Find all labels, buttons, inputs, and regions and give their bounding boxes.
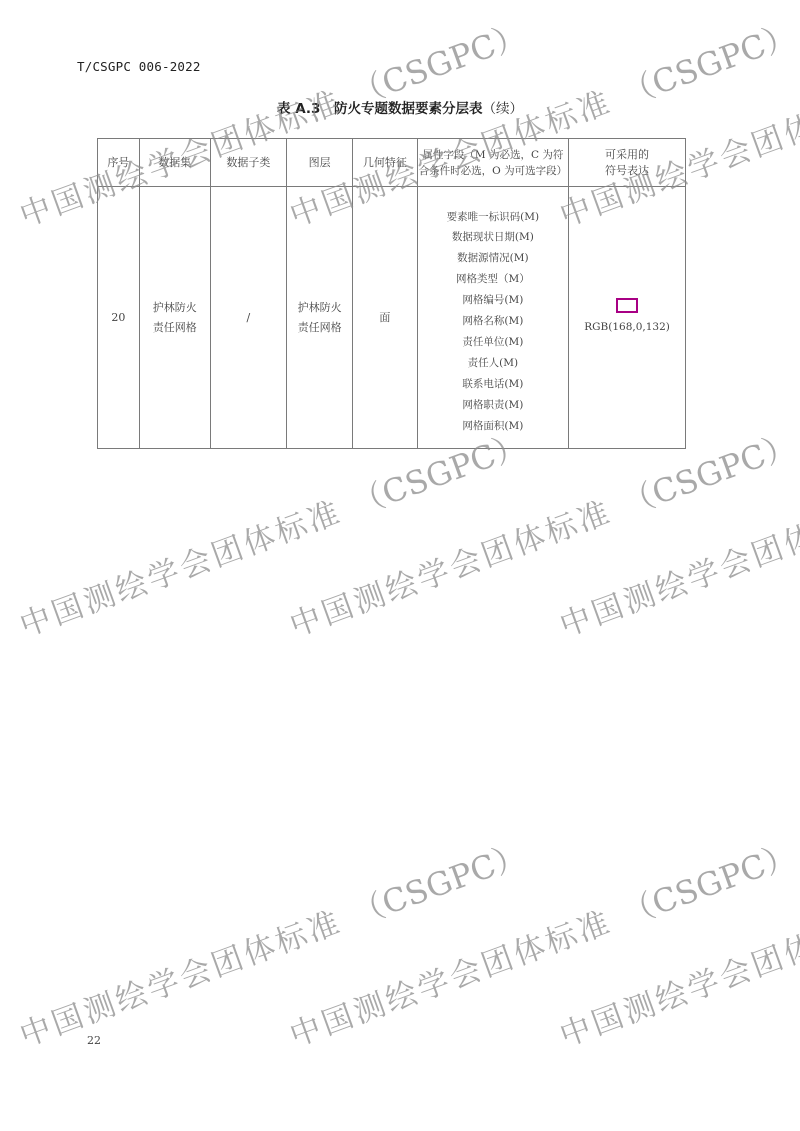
watermark: 中国测绘学会团体标准（CSGPC） [552,829,800,1056]
symbol-rgb-label: RGB(168,0,132) [584,321,670,333]
column-header-symbol-line1: 可采用的 [569,147,685,163]
column-header-number: 序号 [98,139,140,187]
table-title-text: 表 A.3 防火专题数据要素分层表 [277,101,482,117]
column-header-geometry: 几何特征 [352,139,417,187]
attribute-item: 数据源情况(M) [418,248,568,269]
column-header-dataset: 数据集 [139,139,210,187]
document-code: T/CSGPC 006-2022 [77,59,201,74]
watermark-text: 中国测绘学会团体标准 [285,494,617,644]
attribute-item: 责任单位(M) [418,332,568,353]
attribute-item: 网格类型（M） [418,269,568,290]
cell-subclass: / [210,187,287,449]
polygon-symbol-swatch-icon [616,298,638,313]
watermark-text: 中国测绘学会团体标准 [285,904,617,1054]
watermark: 中国测绘学会团体标准（CSGPC） [282,419,800,646]
cell-number: 20 [98,187,140,449]
column-header-layer: 图层 [287,139,353,187]
column-header-attributes: 属性字段（M 为必选，C 为符合条件时必选，O 为可选字段） [417,139,568,187]
table-header-row: 序号 数据集 数据子类 图层 几何特征 属性字段（M 为必选，C 为符合条件时必… [98,139,686,187]
table-title-continued: （续） [482,101,523,117]
watermark: 中国测绘学会团体标准（CSGPC） [12,829,531,1056]
attribute-list: 要素唯一标识码(M) 数据现状日期(M) 数据源情况(M) 网格类型（M） 网格… [418,199,568,437]
data-layer-table: 序号 数据集 数据子类 图层 几何特征 属性字段（M 为必选，C 为符合条件时必… [97,138,686,449]
cell-geometry: 面 [352,187,417,449]
attribute-item: 网格职责(M) [418,395,568,416]
watermark: 中国测绘学会团体标准（CSGPC） [552,419,800,646]
cell-symbol: RGB(168,0,132) [569,187,686,449]
watermark-text: 中国测绘学会团体标准 [15,904,347,1054]
watermark-text: 中国测绘学会团体标准 [555,494,800,644]
attribute-item: 数据现状日期(M) [418,227,568,248]
watermark: 中国测绘学会团体标准（CSGPC） [282,829,800,1056]
cell-layer-line1: 护林防火 [287,298,352,318]
attribute-item: 要素唯一标识码(M) [418,207,568,228]
column-header-symbol-line2: 符号表达 [569,163,685,179]
cell-attributes: 要素唯一标识码(M) 数据现状日期(M) 数据源情况(M) 网格类型（M） 网格… [417,187,568,449]
watermark: 中国测绘学会团体标准（CSGPC） [12,419,531,646]
cell-dataset: 护林防火 责任网格 [139,187,210,449]
cell-dataset-line2: 责任网格 [140,318,210,338]
attribute-item: 责任人(M) [418,353,568,374]
watermark-latin: （CSGPC） [347,835,531,933]
cell-layer-line2: 责任网格 [287,318,352,338]
watermark-text: 中国测绘学会团体标准 [555,904,800,1054]
table-row: 20 护林防火 责任网格 / 护林防火 责任网格 面 要素唯一标识码(M) 数据… [98,187,686,449]
column-header-subclass: 数据子类 [210,139,287,187]
attribute-item: 网格编号(M) [418,290,568,311]
watermark-latin: （CSGPC） [617,835,800,933]
attribute-item: 网格名称(M) [418,311,568,332]
cell-dataset-line1: 护林防火 [140,298,210,318]
watermark-text: 中国测绘学会团体标准 [15,494,347,644]
attribute-item: 网格面积(M) [418,416,568,437]
table-title: 表 A.3 防火专题数据要素分层表（续） [0,97,800,117]
cell-layer: 护林防火 责任网格 [287,187,353,449]
column-header-symbol: 可采用的 符号表达 [569,139,686,187]
attribute-item: 联系电话(M) [418,374,568,395]
page-number: 22 [87,1034,101,1047]
